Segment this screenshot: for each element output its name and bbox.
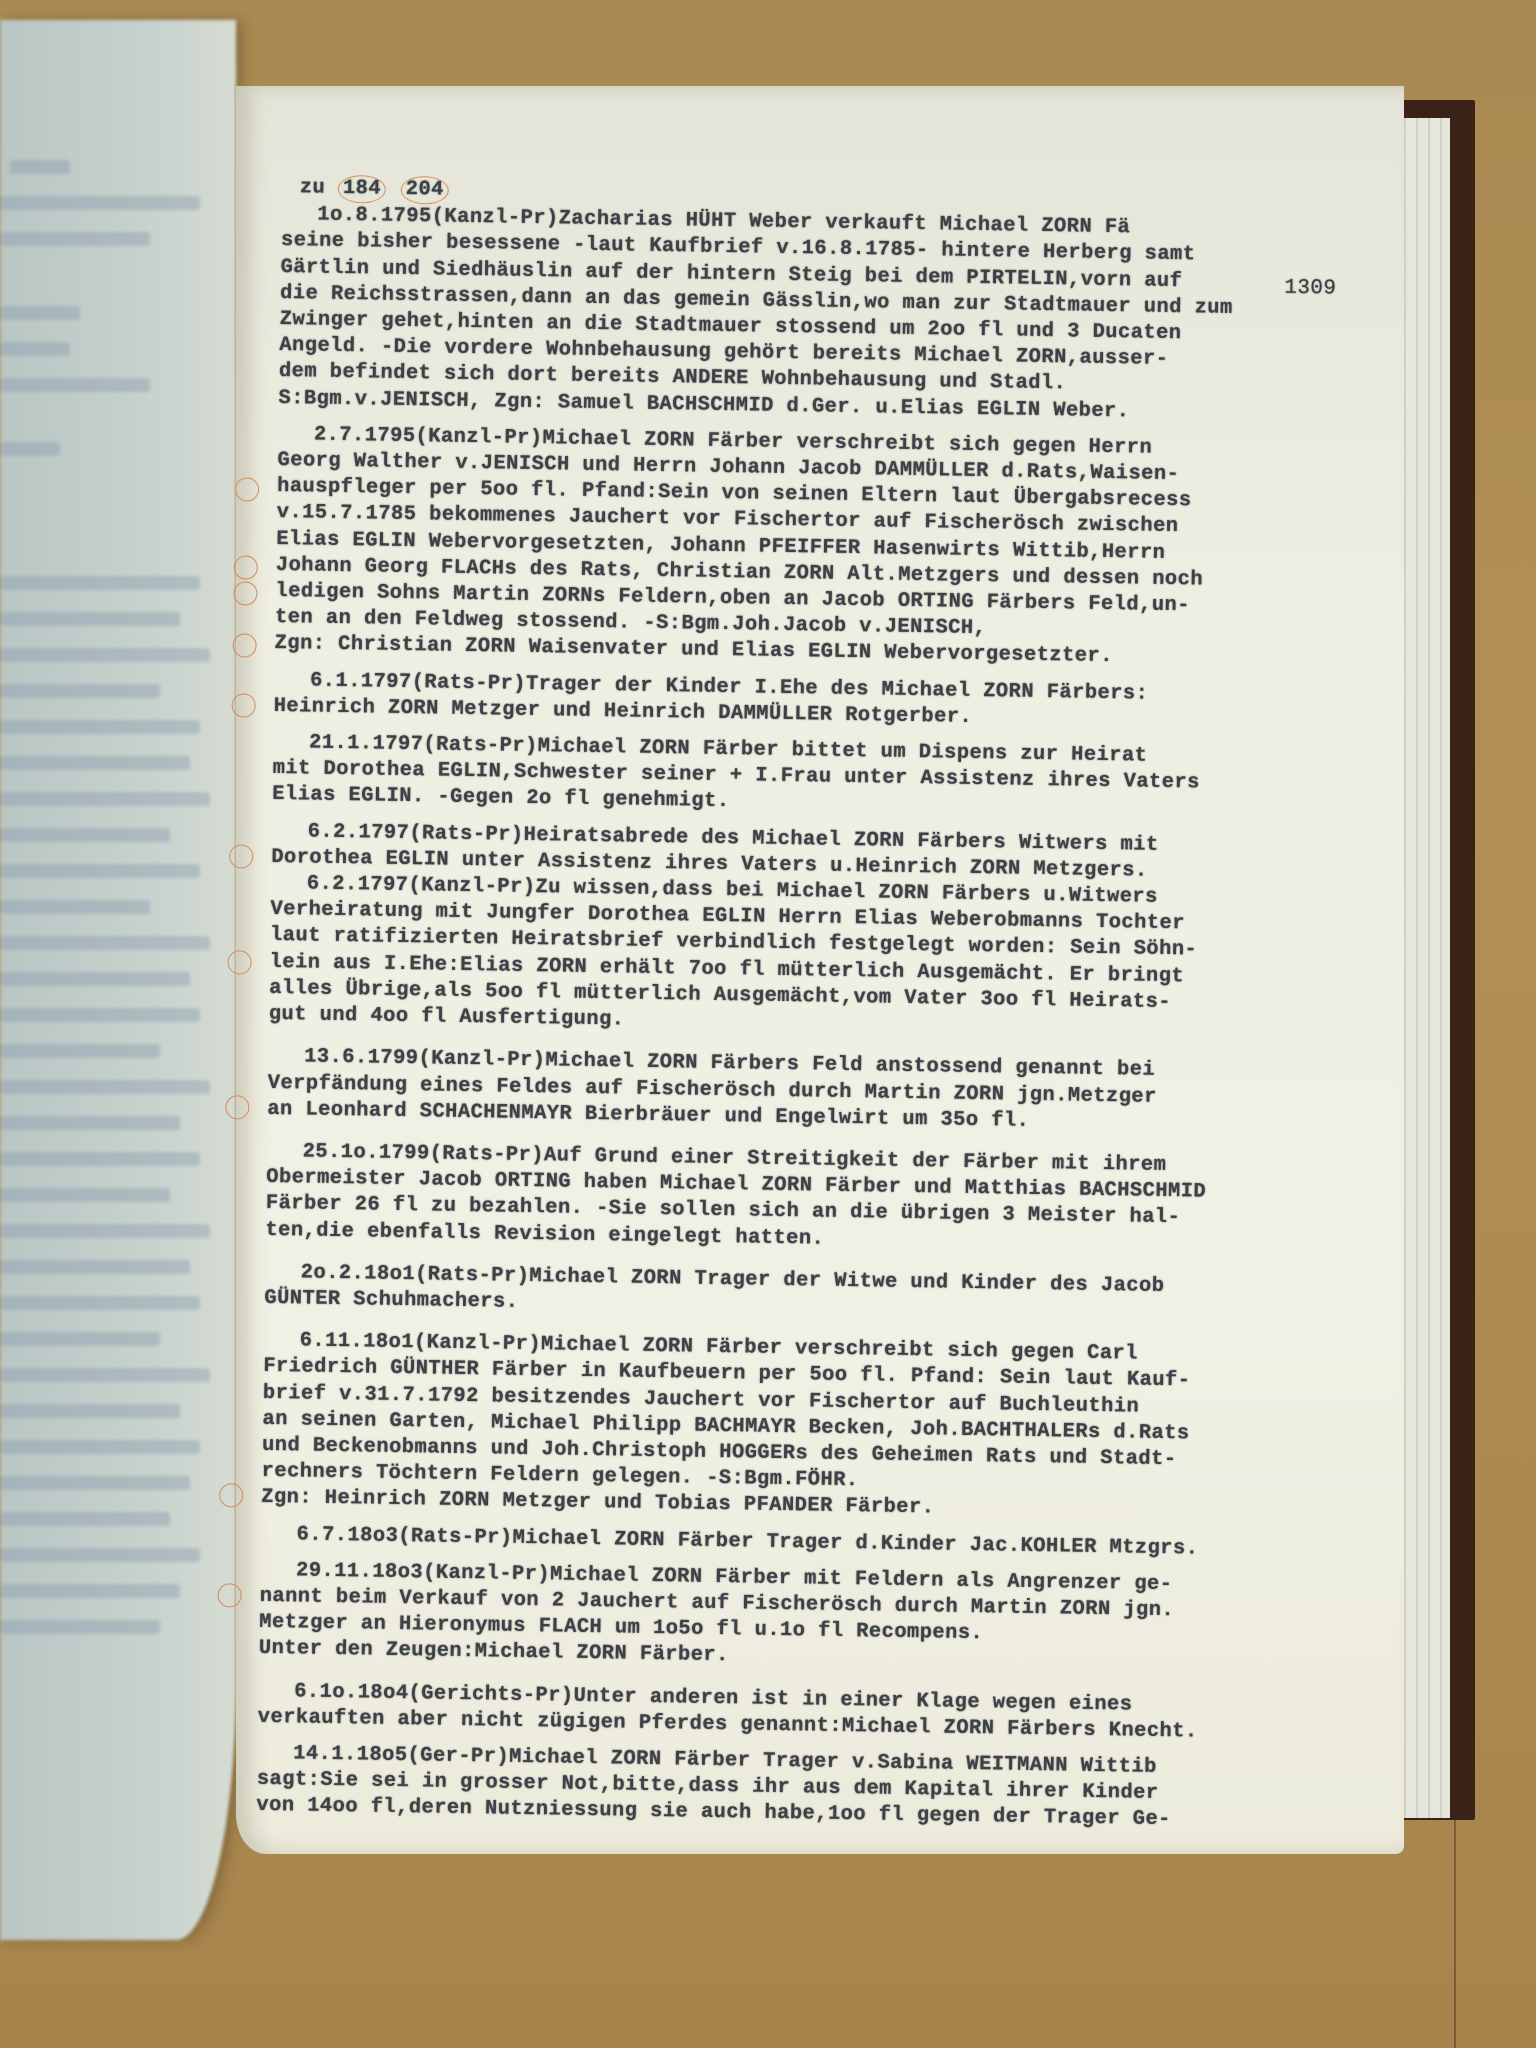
- margin-circle-mark: [234, 555, 258, 579]
- record-entry: 6.1.1797(Rats-Pr)Trager der Kinder I.Ehe…: [273, 668, 1354, 737]
- right-page: 1309 zu 184 204 1o.8.1795(Kanzl-Pr)Zacha…: [236, 86, 1404, 1854]
- record-entry: 13.6.1799(Kanzl-Pr)Michael ZORN Färbers …: [267, 1044, 1348, 1140]
- record-entry: 6.2.1797(Kanzl-Pr)Zu wissen,dass bei Mic…: [269, 871, 1351, 1045]
- margin-circle-mark: [235, 477, 259, 501]
- ref-prefix: zu: [300, 176, 326, 199]
- record-entry: 6.1o.18o4(Gerichts-Pr)Unter anderen ist …: [258, 1678, 1339, 1747]
- ref-number-circled: 204: [400, 176, 449, 205]
- margin-circle-mark: [232, 633, 256, 657]
- record-entry: 2.7.1795(Kanzl-Pr)Michael ZORN Färber ve…: [274, 422, 1358, 675]
- typewritten-sheet: 1309 zu 184 204 1o.8.1795(Kanzl-Pr)Zacha…: [256, 174, 1362, 1836]
- margin-circle-mark: [233, 581, 257, 605]
- record-entry: 21.1.1797(Rats-Pr)Michael ZORN Färber bi…: [272, 730, 1353, 826]
- margin-circle-mark: [217, 1583, 241, 1607]
- margin-circle-mark: [219, 1483, 243, 1507]
- record-entry: 14.1.18o5(Ger-Pr)Michael ZORN Färber Tra…: [256, 1741, 1337, 1837]
- record-entry: 6.7.18o3(Rats-Pr)Michael ZORN Färber Tra…: [260, 1521, 1340, 1564]
- margin-circle-mark: [229, 844, 253, 868]
- ref-number-circled: 184: [338, 175, 387, 204]
- record-entry: 2o.2.18o1(Rats-Pr)Michael ZORN Trager de…: [264, 1260, 1345, 1329]
- left-page-blurred: [0, 20, 236, 1940]
- margin-circle-mark: [225, 1096, 249, 1120]
- page-number: 1309: [1284, 276, 1336, 303]
- margin-circle-mark: [227, 950, 251, 974]
- record-entry: 29.11.18o3(Kanzl-Pr)Michael ZORN Färber …: [259, 1558, 1341, 1680]
- record-entry: 1o.8.1795(Kanzl-Pr)Zacharias HÜHT Weber …: [278, 202, 1361, 429]
- record-entry: 25.1o.1799(Rats-Pr)Auf Grund einer Strei…: [265, 1139, 1347, 1261]
- margin-circle-mark: [231, 693, 255, 717]
- record-entry: 6.11.18o1(Kanzl-Pr)Michael ZORN Färber v…: [261, 1328, 1344, 1528]
- entry-line: 6.7.18o3(Rats-Pr)Michael ZORN Färber Tra…: [260, 1521, 1340, 1564]
